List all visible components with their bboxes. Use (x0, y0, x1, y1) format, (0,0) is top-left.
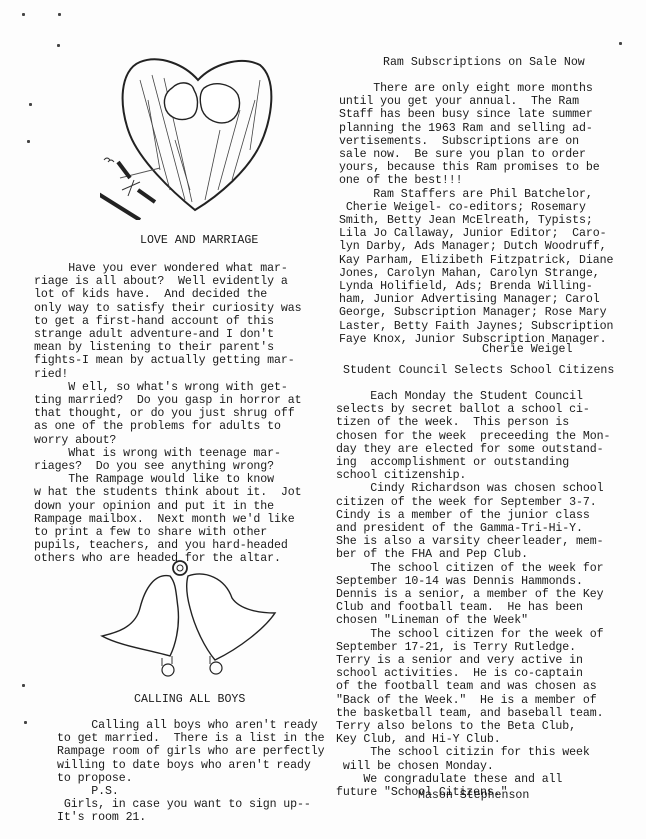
text-line: to print a few to share with other (34, 526, 324, 539)
text-line: will be chosen Monday. (336, 760, 636, 773)
text-line: Have you ever wondered what mar- (34, 262, 324, 275)
text-line: Kay Parham, Elizibeth Fitzpatrick, Diane (339, 254, 639, 267)
article-body-student-council: Each Monday the Student Council selects … (336, 390, 636, 799)
text-line: The school citizen for the week of (336, 628, 636, 641)
text-line: planning the 1963 Ram and selling ad- (339, 122, 639, 135)
text-line: Lynda Holifield, Ads; Brenda Willing- (339, 280, 639, 293)
text-line: Cherie Weigel- co-editors; Rosemary (339, 201, 639, 214)
margin-mark (22, 684, 25, 687)
margin-mark (27, 140, 30, 143)
text-line: September 17-21, is Terry Rutledge. (336, 641, 636, 654)
text-line: riage is all about? Well evidently a (34, 275, 324, 288)
text-line: Lila Jo Callaway, Junior Editor; Caro- (339, 227, 639, 240)
text-line: selects by secret ballot a school ci- (336, 403, 636, 416)
text-line: chosen "Lineman of the Week" (336, 614, 636, 627)
text-line: fights-I mean by actually getting mar- (34, 354, 324, 367)
article-heading-student-council: Student Council Selects School Citizens (343, 364, 614, 377)
text-line: "Back of the Week." He is a member of (336, 694, 636, 707)
newspaper-page: LOVE AND MARRIAGE Have you ever wondered… (0, 0, 646, 839)
text-line: that thought, or do you just shrug off (34, 407, 324, 420)
text-line: ing accomplishment or outstanding (336, 456, 636, 469)
text-line: ber of the FHA and Pep Club. (336, 548, 636, 561)
text-line: She is also a varsity cheerleader, mem- (336, 535, 636, 548)
margin-mark (619, 42, 622, 45)
text-line: Ram Staffers are Phil Batchelor, (339, 188, 639, 201)
text-line: Cindy is a member of the junior class (336, 509, 636, 522)
text-line: and president of the Gamma-Tri-Hi-Y. (336, 522, 636, 535)
text-line: Dennis is a senior, a member of the Key (336, 588, 636, 601)
text-line: Each Monday the Student Council (336, 390, 636, 403)
text-line: citizen of the week for September 3-7. (336, 496, 636, 509)
text-line: down your opinion and put it in the (34, 500, 324, 513)
article-heading-love-and-marriage: LOVE AND MARRIAGE (140, 234, 258, 247)
text-line: Girls, in case you want to sign up-- (57, 798, 327, 811)
text-line: Staff has been busy since late summer (339, 108, 639, 121)
text-line: Jones, Carolyn Mahan, Carolyn Strange, (339, 267, 639, 280)
text-line: worry about? (34, 434, 324, 447)
text-line: What is wrong with teenage mar- (34, 447, 324, 460)
text-line: The school citizin for this week (336, 746, 636, 759)
text-line: willing to date boys who aren't ready (57, 759, 327, 772)
text-line: Cindy Richardson was chosen school (336, 482, 636, 495)
article-heading-ram-subscriptions: Ram Subscriptions on Sale Now (383, 56, 585, 69)
text-line: It's room 21. (57, 811, 327, 824)
text-line: Calling all boys who aren't ready (57, 719, 327, 732)
text-line: Terry also belons to the Beta Club, (336, 720, 636, 733)
text-line: George, Subscription Manager; Rose Mary (339, 306, 639, 319)
text-line: strange adult adventure-and I don't (34, 328, 324, 341)
text-line: tizen of the week. This person is (336, 416, 636, 429)
margin-mark (29, 103, 32, 106)
text-line: to get married. There is a list in the (57, 732, 327, 745)
margin-mark (24, 721, 27, 724)
text-line: one of the best!!! (339, 174, 639, 187)
text-line: P.S. (57, 785, 327, 798)
arrow-icon (100, 150, 170, 210)
text-line: Laster, Betty Faith Jaynes; Subscription (339, 320, 639, 333)
article-heading-calling-all-boys: CALLING ALL BOYS (134, 693, 245, 706)
text-line: There are only eight more months (339, 82, 639, 95)
text-line: school citizenship. (336, 469, 636, 482)
text-line: ham, Junior Advertising Manager; Carol (339, 293, 639, 306)
text-line: of the football team and was chosen as (336, 680, 636, 693)
text-line: Club and football team. He has been (336, 601, 636, 614)
text-line: Rampage mailbox. Next month we'd like (34, 513, 324, 526)
text-line: The school citizen of the week for (336, 562, 636, 575)
text-line: sale now. Be sure you plan to order (339, 148, 639, 161)
text-line: to propose. (57, 772, 327, 785)
margin-mark (57, 44, 60, 47)
text-line: mean by listening to their parent's (34, 341, 324, 354)
text-line: Terry is a senior and very active in (336, 654, 636, 667)
text-line: W ell, so what's wrong with get- (34, 381, 324, 394)
text-line: only way to satisfy their curiosity was (34, 302, 324, 315)
text-line: We congradulate these and all (336, 773, 636, 786)
text-line: lyn Darby, Ads Manager; Dutch Woodruff, (339, 240, 639, 253)
text-line: ting married? Do you gasp in horror at (34, 394, 324, 407)
text-line: lot of kids have. And decided the (34, 288, 324, 301)
text-line: day they are elected for some outstand- (336, 443, 636, 456)
article-body-calling-all-boys: Calling all boys who aren't ready to get… (57, 719, 327, 825)
text-line: ried! (34, 368, 324, 381)
margin-mark (58, 13, 61, 16)
text-line: as one of the problems for adults to (34, 420, 324, 433)
text-line: chosen for the week preceeding the Mon- (336, 430, 636, 443)
text-line: w hat the students think about it. Jot (34, 486, 324, 499)
text-line: pupils, teachers, and you hard-headed (34, 539, 324, 552)
wedding-bells-icon (100, 558, 300, 683)
text-line: Key Club, and Hi-Y Club. (336, 733, 636, 746)
text-line: Rampage room of girls who are perfectly (57, 745, 327, 758)
text-line: September 10-14 was Dennis Hammonds. (336, 575, 636, 588)
byline: Cherie Weigel (482, 343, 572, 356)
text-line: until you get your annual. The Ram (339, 95, 639, 108)
byline: Mason Stephenson (418, 789, 529, 802)
text-line: yours, because this Ram promises to be (339, 161, 639, 174)
text-line: the basketball team, and baseball team. (336, 707, 636, 720)
text-line: vertisements. Subscriptions are on (339, 135, 639, 148)
margin-mark (22, 13, 25, 16)
text-line: The Rampage would like to know (34, 473, 324, 486)
article-body-ram-subscriptions: There are only eight more months until y… (339, 82, 639, 346)
text-line: to get a first-hand account of this (34, 315, 324, 328)
article-body-love-and-marriage: Have you ever wondered what mar- riage i… (34, 262, 324, 566)
text-line: riages? Do you see anything wrong? (34, 460, 324, 473)
text-line: Smith, Betty Jean McElreath, Typists; (339, 214, 639, 227)
text-line: school activities. He is co-captain (336, 667, 636, 680)
